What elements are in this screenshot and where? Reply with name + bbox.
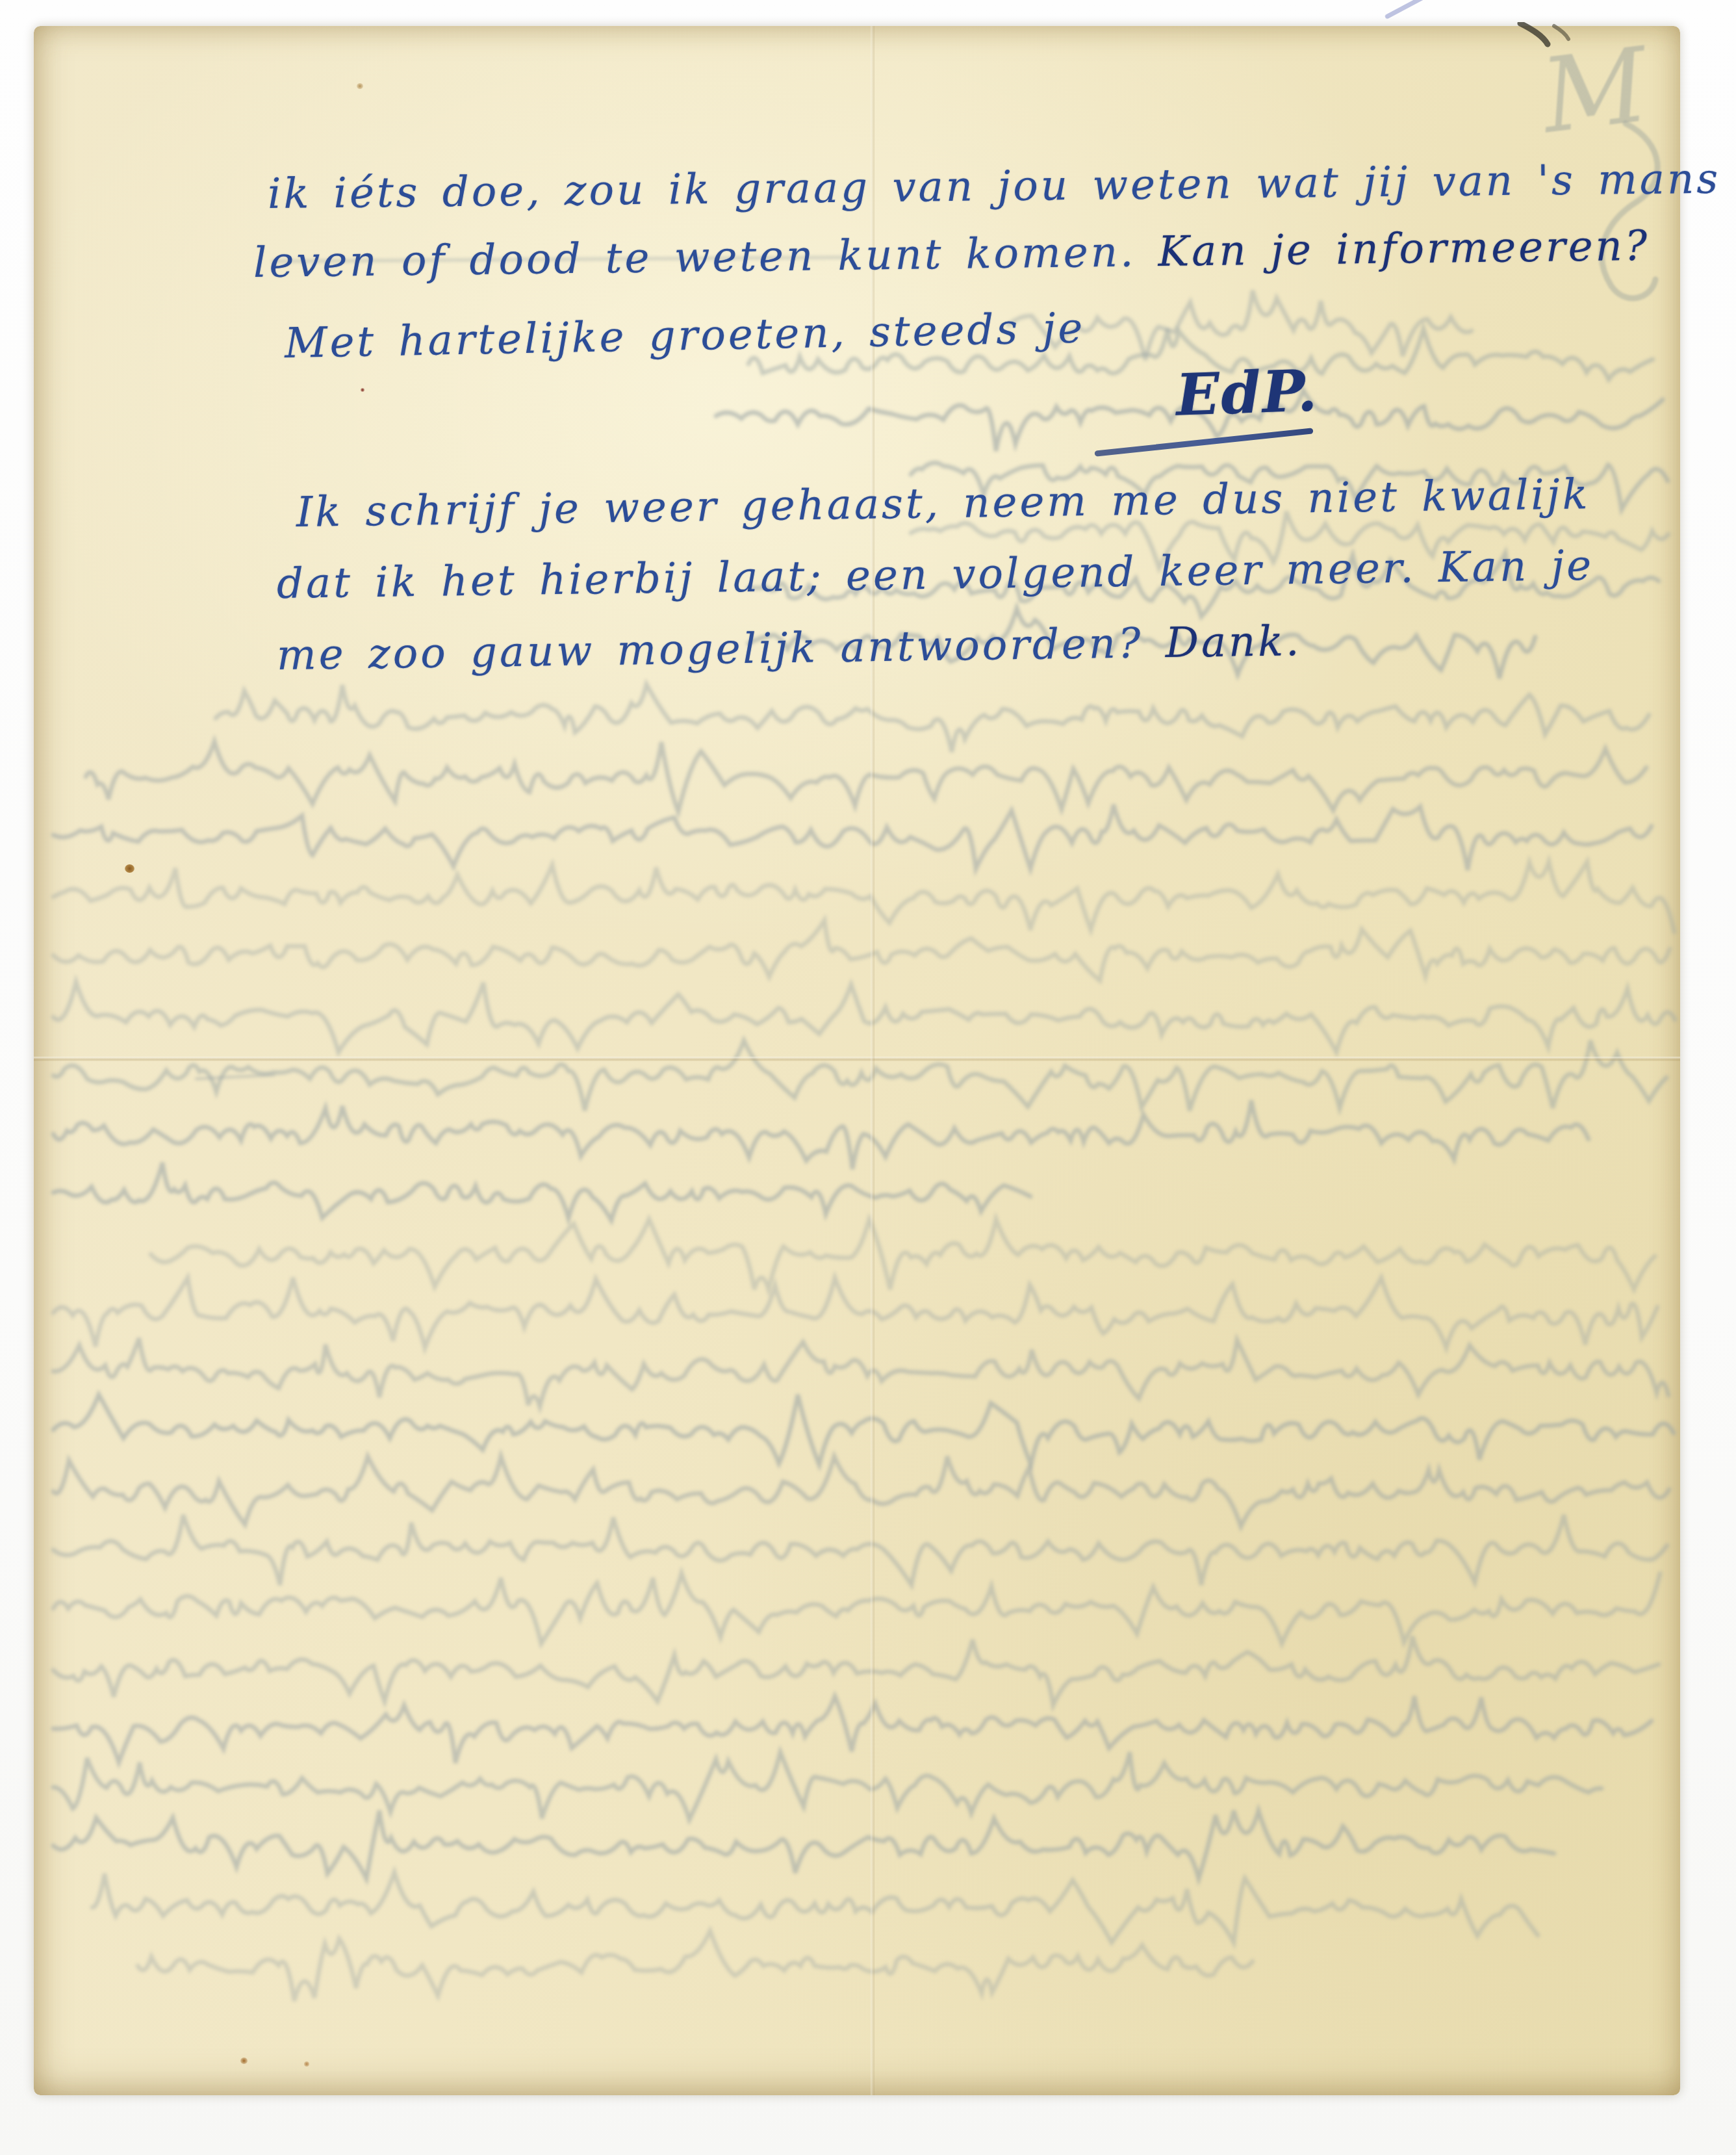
foxing-speck xyxy=(240,2058,248,2064)
bleedthrough-line xyxy=(138,1927,1242,2005)
letter-line-2-question: Kan je informeeren? xyxy=(1158,222,1650,276)
foxing-speck xyxy=(357,83,363,89)
letter-page: M ik iéts doe, zou ik graag van jou wete… xyxy=(34,26,1680,2095)
fold-crease-horizontal xyxy=(34,1057,1680,1061)
foxing-speck xyxy=(304,2061,309,2067)
ink-speck xyxy=(361,388,364,392)
foxing-speck xyxy=(125,864,134,873)
postscript-line-3-thanks: Dank. xyxy=(1165,617,1302,667)
signature: EdP. xyxy=(1175,356,1319,429)
